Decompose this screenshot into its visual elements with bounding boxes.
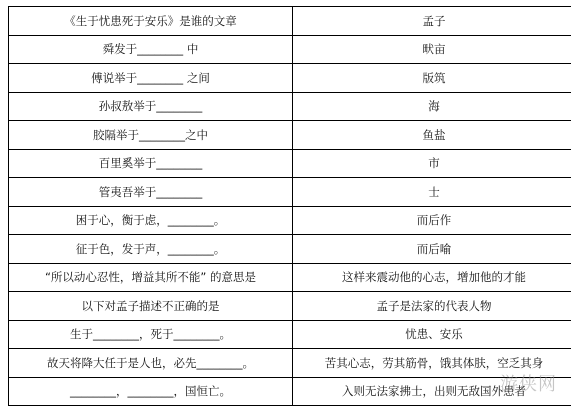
answer-cell: 士	[293, 178, 571, 207]
question-cell: “所以动心忍性，增益其所不能” 的意思是	[9, 263, 293, 292]
answer-cell: 孟子	[293, 7, 571, 36]
table-row: 百里奚举于________ 市	[9, 149, 571, 178]
table-row: ________，________，国恒亡。 入则无法家拂士，出则无敌国外患者	[9, 377, 571, 406]
answer-cell: 而后作	[293, 206, 571, 235]
page: 《生于忧患死于安乐》是谁的文章 孟子 舜发于________ 中 畎亩 傅说举于…	[0, 0, 571, 412]
table-row: 管夷吾举于________ 士	[9, 178, 571, 207]
question-cell: ________，________，国恒亡。	[9, 377, 293, 406]
table-row: 生于________，死于________。 忧患、安乐	[9, 320, 571, 349]
question-cell: 以下对孟子描述不正确的是	[9, 292, 293, 321]
answer-cell: 忧患、安乐	[293, 320, 571, 349]
qa-table-body: 《生于忧患死于安乐》是谁的文章 孟子 舜发于________ 中 畎亩 傅说举于…	[9, 7, 571, 406]
answer-cell: 孟子是法家的代表人物	[293, 292, 571, 321]
qa-table: 《生于忧患死于安乐》是谁的文章 孟子 舜发于________ 中 畎亩 傅说举于…	[8, 6, 571, 406]
question-cell: 故天将降大任于是人也，必先________。	[9, 349, 293, 378]
table-row: 舜发于________ 中 畎亩	[9, 35, 571, 64]
answer-cell: 畎亩	[293, 35, 571, 64]
question-cell: 困于心，衡于虑，________。	[9, 206, 293, 235]
table-row: 傅说举于________ 之间 版筑	[9, 64, 571, 93]
answer-cell: 苦其心志，劳其筋骨，饿其体肤，空乏其身	[293, 349, 571, 378]
question-cell: 舜发于________ 中	[9, 35, 293, 64]
answer-cell: 这样来震动他的心志，增加他的才能	[293, 263, 571, 292]
question-cell: 管夷吾举于________	[9, 178, 293, 207]
question-cell: 《生于忧患死于安乐》是谁的文章	[9, 7, 293, 36]
answer-cell: 海	[293, 92, 571, 121]
question-cell: 傅说举于________ 之间	[9, 64, 293, 93]
table-row: 困于心，衡于虑，________。 而后作	[9, 206, 571, 235]
question-cell: 征于色，发于声，________。	[9, 235, 293, 264]
answer-cell: 而后喻	[293, 235, 571, 264]
question-cell: 百里奚举于________	[9, 149, 293, 178]
answer-cell: 入则无法家拂士，出则无敌国外患者	[293, 377, 571, 406]
question-cell: 胶隔举于________之中	[9, 121, 293, 150]
table-row: 孙叔敖举于________ 海	[9, 92, 571, 121]
answer-cell: 版筑	[293, 64, 571, 93]
question-cell: 生于________，死于________。	[9, 320, 293, 349]
table-row: 以下对孟子描述不正确的是 孟子是法家的代表人物	[9, 292, 571, 321]
table-row: “所以动心忍性，增益其所不能” 的意思是 这样来震动他的心志，增加他的才能	[9, 263, 571, 292]
table-row: 《生于忧患死于安乐》是谁的文章 孟子	[9, 7, 571, 36]
table-row: 征于色，发于声，________。 而后喻	[9, 235, 571, 264]
table-row: 故天将降大任于是人也，必先________。 苦其心志，劳其筋骨，饿其体肤，空乏…	[9, 349, 571, 378]
answer-cell: 市	[293, 149, 571, 178]
answer-cell: 鱼盐	[293, 121, 571, 150]
question-cell: 孙叔敖举于________	[9, 92, 293, 121]
table-row: 胶隔举于________之中 鱼盐	[9, 121, 571, 150]
